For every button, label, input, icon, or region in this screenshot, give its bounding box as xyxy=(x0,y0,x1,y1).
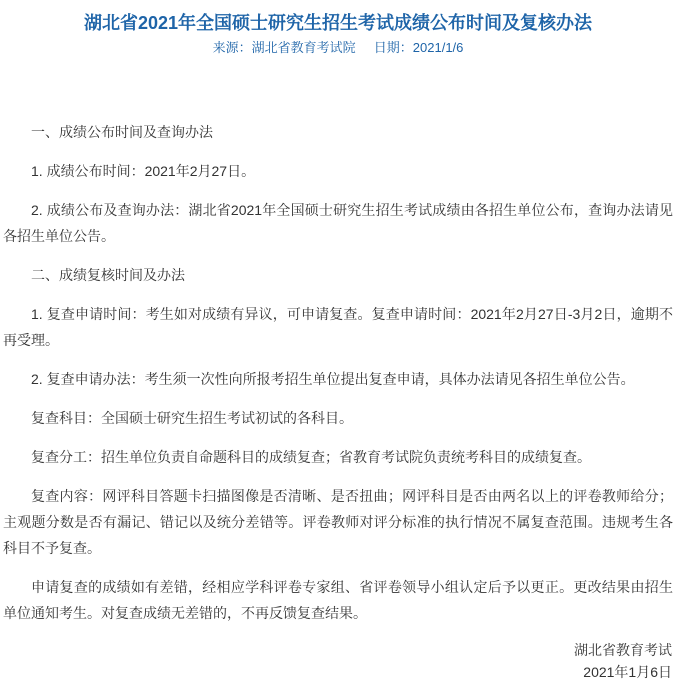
date-label: 日期：2021/1/6 xyxy=(374,40,464,55)
article-paragraph: 复查科目：全国硕士研究生招生考试初试的各科目。 xyxy=(3,405,673,431)
source-label: 来源：湖北省教育考试院 xyxy=(213,40,356,55)
article-page: 湖北省2021年全国硕士研究生招生考试成绩公布时间及复核办法 来源：湖北省教育考… xyxy=(0,0,676,685)
section-heading-2: 二、成绩复核时间及办法 xyxy=(3,262,673,288)
signature-date: 2021年1月6日 xyxy=(4,661,672,683)
article-paragraph: 复查分工：招生单位负责自命题科目的成绩复查；省教育考试院负责统考科目的成绩复查。 xyxy=(3,444,673,470)
article-meta: 来源：湖北省教育考试院日期：2021/1/6 xyxy=(0,38,676,57)
article-paragraph: 1. 复查申请时间：考生如对成绩有异议，可申请复查。复查申请时间：2021年2月… xyxy=(3,301,673,353)
article-paragraph: 2. 成绩公布及查询办法：湖北省2021年全国硕士研究生招生考试成绩由各招生单位… xyxy=(3,197,673,249)
article-paragraph: 申请复查的成绩如有差错，经相应学科评卷专家组、省评卷领导小组认定后予以更正。更改… xyxy=(3,574,673,626)
section-heading-1: 一、成绩公布时间及查询办法 xyxy=(3,119,673,145)
article-header: 湖北省2021年全国硕士研究生招生考试成绩公布时间及复核办法 来源：湖北省教育考… xyxy=(0,0,676,57)
page-title: 湖北省2021年全国硕士研究生招生考试成绩公布时间及复核办法 xyxy=(0,11,676,35)
article-body: 一、成绩公布时间及查询办法 1. 成绩公布时间：2021年2月27日。 2. 成… xyxy=(0,119,676,626)
article-paragraph: 2. 复查申请办法：考生须一次性向所报考招生单位提出复查申请，具体办法请见各招生… xyxy=(3,366,673,392)
signature: 湖北省教育考试 xyxy=(4,639,672,661)
article-paragraph: 1. 成绩公布时间：2021年2月27日。 xyxy=(3,158,673,184)
article-paragraph: 复查内容：网评科目答题卡扫描图像是否清晰、是否扭曲；网评科目是否由两名以上的评卷… xyxy=(3,483,673,561)
article-footer: 湖北省教育考试 2021年1月6日 xyxy=(0,639,676,683)
